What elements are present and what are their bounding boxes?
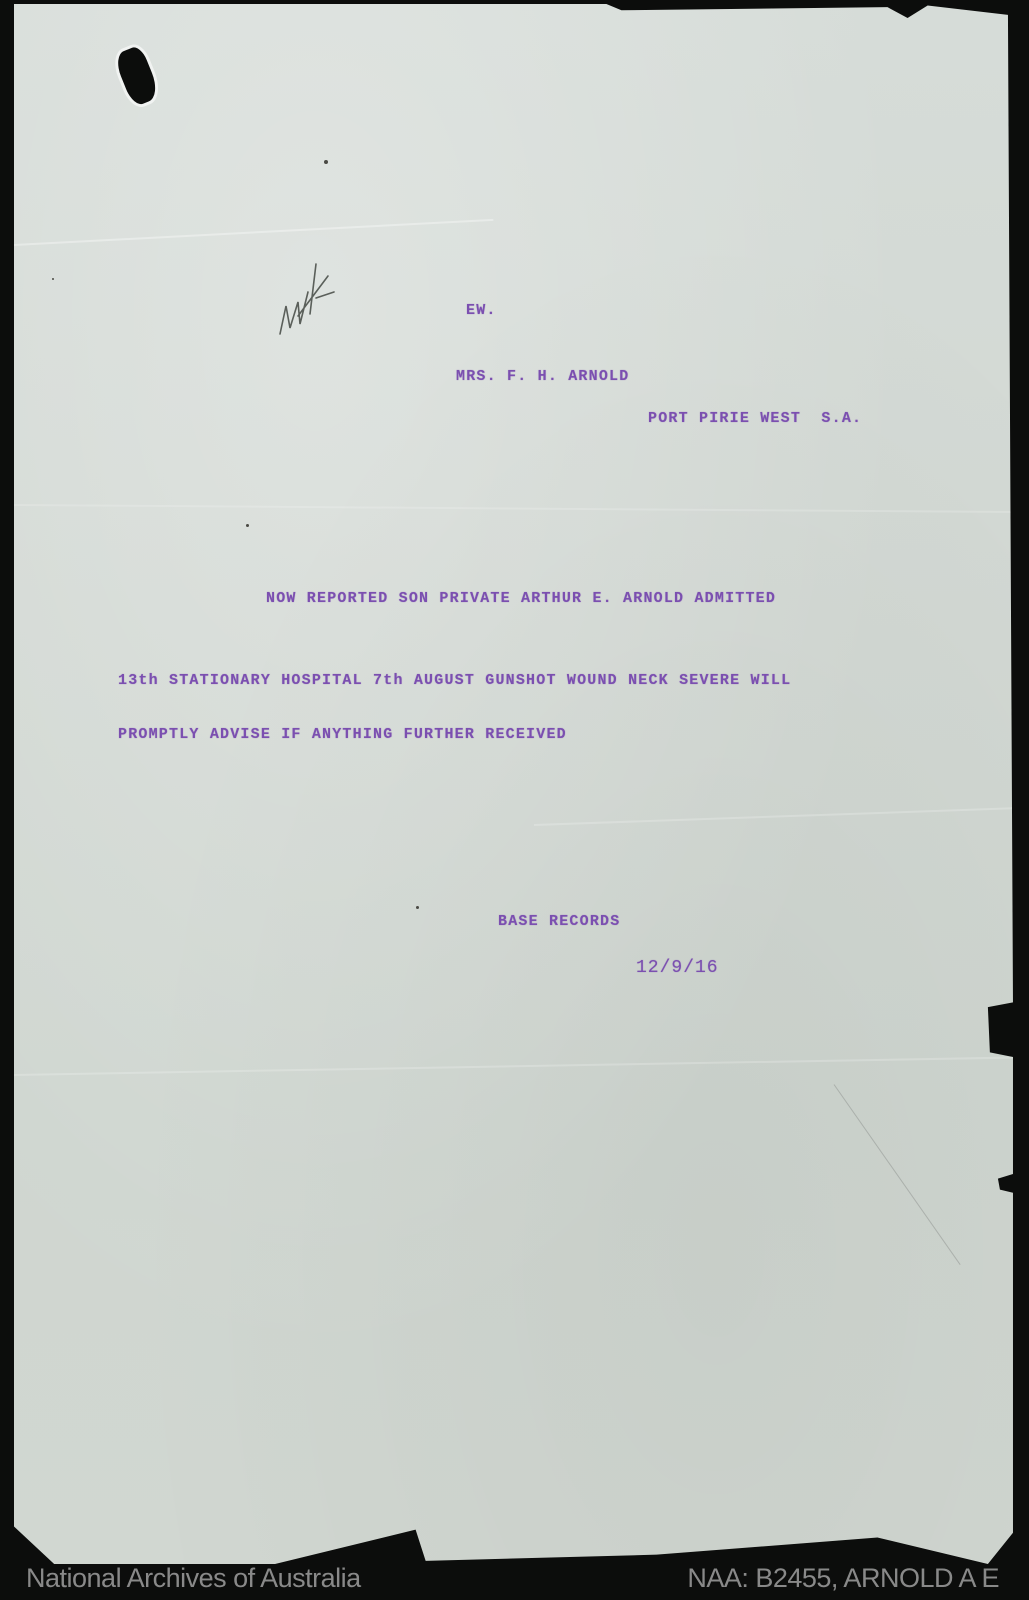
paper-crease <box>14 504 1014 513</box>
message-line-3: PROMPTLY ADVISE IF ANYTHING FURTHER RECE… <box>118 726 567 743</box>
recipient-name: MRS. F. H. ARNOLD <box>456 368 629 385</box>
header-code: EW. <box>466 302 497 319</box>
paper-speck <box>324 160 328 164</box>
sender: BASE RECORDS <box>498 913 620 930</box>
date: 12/9/16 <box>636 958 719 978</box>
paper-crease <box>14 1057 1014 1076</box>
paper-speck <box>246 524 249 527</box>
document-paper <box>14 4 1018 1564</box>
paper-speck <box>52 278 54 280</box>
paper-crease <box>14 219 493 246</box>
message-line-1: NOW REPORTED SON PRIVATE ARTHUR E. ARNOL… <box>266 590 776 607</box>
message-line-2: 13th STATIONARY HOSPITAL 7th AUGUST GUNS… <box>118 672 791 689</box>
archive-watermark-right: NAA: B2455, ARNOLD A E <box>687 1563 999 1594</box>
recipient-address: PORT PIRIE WEST S.A. <box>648 410 862 427</box>
paper-crease <box>834 1084 961 1265</box>
archive-watermark-left: National Archives of Australia <box>26 1563 361 1594</box>
pencil-annotation <box>276 262 338 342</box>
paper-speck <box>416 906 419 909</box>
paper-crease <box>534 807 1014 826</box>
